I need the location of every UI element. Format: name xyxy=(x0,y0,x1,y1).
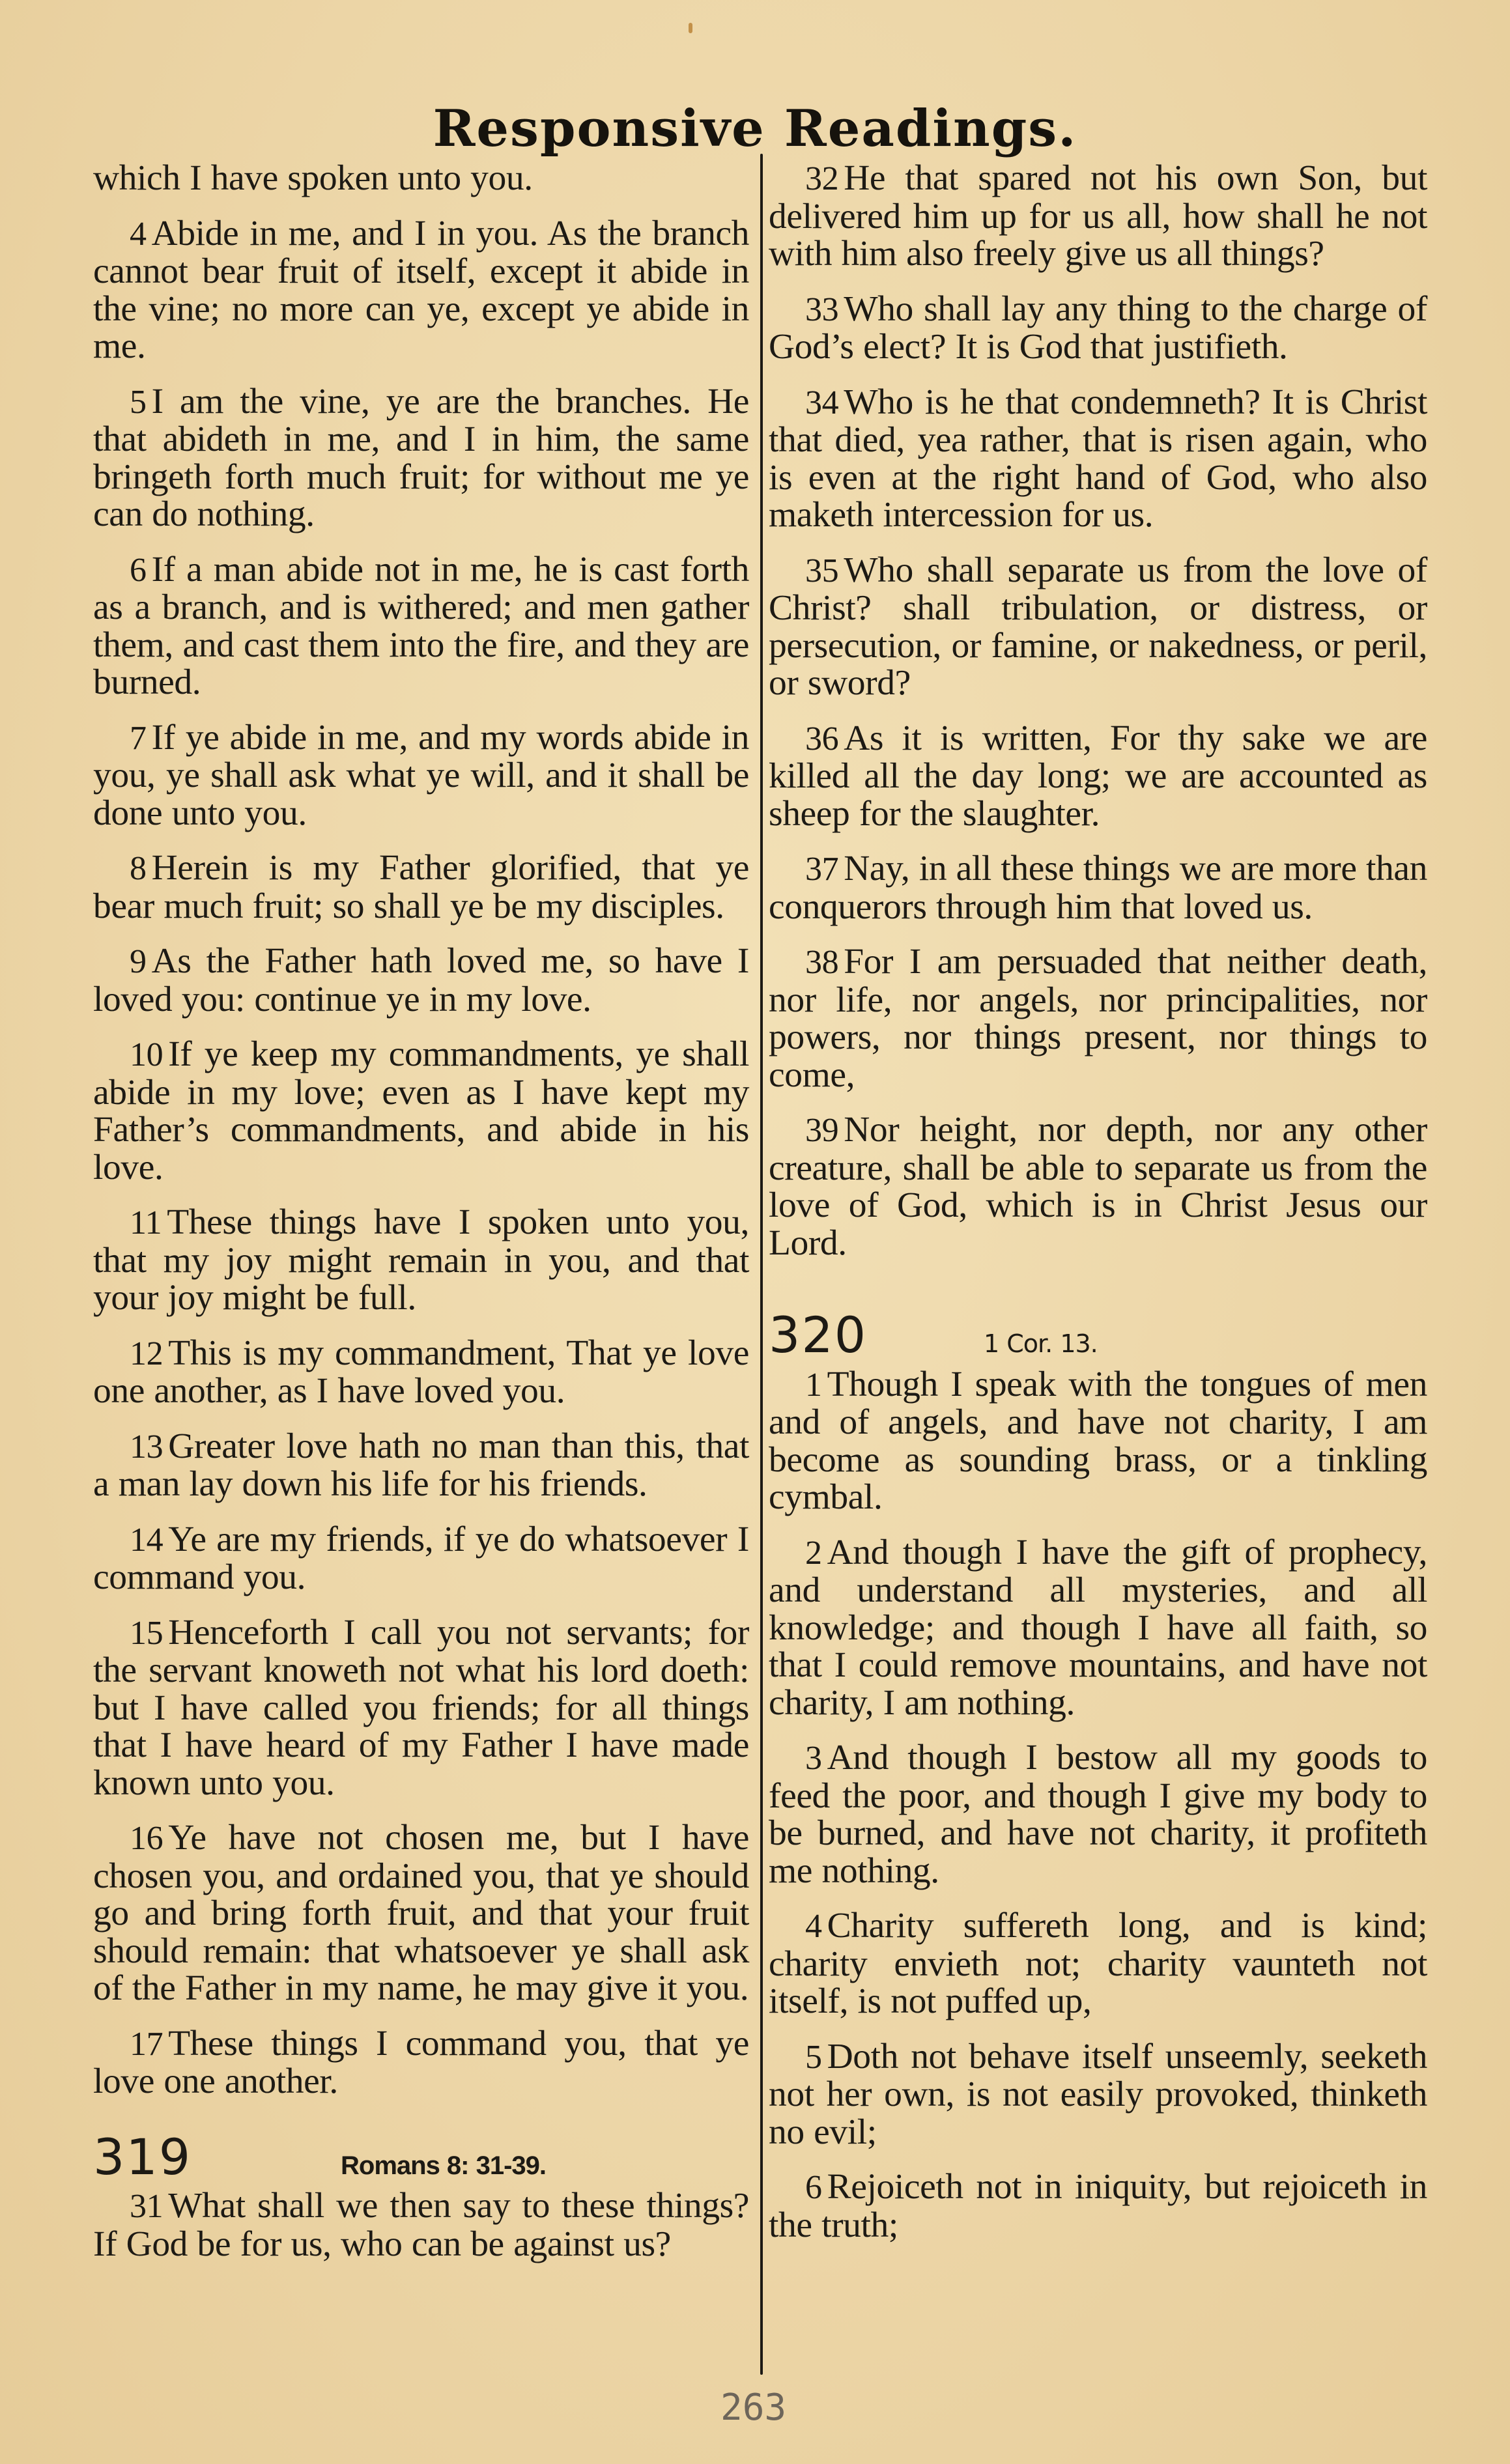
verse-text: Charity suffereth long, and is kind; cha… xyxy=(769,1906,1427,2021)
verse-text: These things I command you, that ye love… xyxy=(93,2024,749,2102)
verse-number: 4 xyxy=(805,1908,822,1945)
verse: 7If ye abide in me, and my words abide i… xyxy=(93,719,749,832)
verse-number: 10 xyxy=(130,1036,163,1073)
verse-text: Who is he that condemneth? It is Christ … xyxy=(769,382,1427,535)
verse-text: Ye are my friends, if ye do whatsoever I… xyxy=(93,1520,749,1598)
verse-number: 37 xyxy=(805,851,838,888)
verse: 1Though I speak with the tongues of men … xyxy=(769,1366,1427,1516)
verse-text: He that spared not his own Son, but deli… xyxy=(769,158,1427,274)
verse-number: 14 xyxy=(130,1522,163,1559)
verse: 35Who shall separate us from the love of… xyxy=(769,552,1427,702)
verse-number: 32 xyxy=(805,160,838,197)
verse: 39Nor height, nor depth, nor any other c… xyxy=(769,1111,1427,1262)
verse-text: This is my commandment, That ye love one… xyxy=(93,1333,749,1411)
verse-text: These things have I spoken unto you, tha… xyxy=(93,1202,749,1318)
verse-text: Greater love hath no man than this, that… xyxy=(93,1426,749,1505)
verse-number: 4 xyxy=(130,216,147,253)
reading-number: 320 xyxy=(769,1312,984,1358)
verse-continuation: which I have spoken unto you. xyxy=(93,160,749,197)
verse-text: Nor height, nor depth, nor any other cre… xyxy=(769,1110,1427,1263)
verse-number: 6 xyxy=(130,552,147,589)
verse: 5I am the vine, ye are the branches. He … xyxy=(93,383,749,533)
page-number: 263 xyxy=(720,2386,786,2429)
verse: 37Nay, in all these things we are more t… xyxy=(769,850,1427,926)
verse-text: As the Father hath loved me, so have I l… xyxy=(93,941,749,1019)
verse-number: 8 xyxy=(130,850,147,887)
verse-number: 12 xyxy=(130,1335,163,1372)
verse-text: Nay, in all these things we are more tha… xyxy=(769,849,1427,927)
verse-text: Abide in me, and I in you. As the branch… xyxy=(93,214,749,367)
verse-number: 5 xyxy=(805,2039,822,2076)
verse: 33Who shall lay any thing to the charge … xyxy=(769,290,1427,366)
verse-number: 1 xyxy=(805,1367,822,1404)
verse-text: What shall we then say to these things? … xyxy=(93,2186,749,2264)
verse-number: 35 xyxy=(805,552,838,589)
verse-number: 36 xyxy=(805,720,838,758)
verse: 32He that spared not his own Son, but de… xyxy=(769,160,1427,273)
verse-number: 39 xyxy=(805,1112,838,1149)
verse-number: 7 xyxy=(130,720,147,757)
verse: 4Charity suffereth long, and is kind; ch… xyxy=(769,1907,1427,2020)
verse: 6If a man abide not in me, he is cast fo… xyxy=(93,551,749,701)
page-title: Responsive Readings. xyxy=(0,99,1510,158)
verse-number: 31 xyxy=(130,2188,163,2225)
reading-319-verses-continued: 32He that spared not his own Son, but de… xyxy=(769,160,1427,1262)
verse-number: 11 xyxy=(130,1204,162,1241)
scripture-reference: Romans 8: 31-39. xyxy=(341,2147,546,2185)
verse: 12This is my commandment, That ye love o… xyxy=(93,1335,749,1410)
verse-text: Doth not behave itself unseemly, seeketh… xyxy=(769,2037,1427,2152)
verse-text: Who shall separate us from the love of C… xyxy=(769,550,1427,703)
verse-number: 38 xyxy=(805,944,838,981)
verse: 36As it is written, For thy sake we are … xyxy=(769,720,1427,833)
verse: 31What shall we then say to these things… xyxy=(93,2187,749,2263)
verse-number: 13 xyxy=(130,1428,163,1466)
verse-text: Though I speak with the tongues of men a… xyxy=(769,1365,1427,1518)
verse: 8Herein is my Father glorified, that ye … xyxy=(93,849,749,925)
verse: 14Ye are my friends, if ye do whatsoever… xyxy=(93,1521,749,1596)
verse: 16Ye have not chosen me, but I have chos… xyxy=(93,1819,749,2007)
verse-number: 9 xyxy=(130,943,147,980)
verse-text: I am the vine, ye are the branches. He t… xyxy=(93,382,749,535)
verse: 6Rejoiceth not in iniquity, but rejoicet… xyxy=(769,2168,1427,2244)
verse: 5Doth not behave itself unseemly, seeket… xyxy=(769,2038,1427,2151)
verse-number: 5 xyxy=(130,384,147,421)
verse-number: 17 xyxy=(130,2026,163,2063)
scripture-reference: 1 Cor. 13. xyxy=(984,1325,1098,1363)
reading-header-319: 319 Romans 8: 31-39. xyxy=(93,2134,749,2185)
verse-text: And though I have the gift of prophecy, … xyxy=(769,1533,1427,1723)
reading-header-320: 320 1 Cor. 13. xyxy=(769,1312,1427,1363)
verse-text: If ye abide in me, and my words abide in… xyxy=(93,718,749,833)
verse: 4Abide in me, and I in you. As the branc… xyxy=(93,215,749,365)
verse: 11These things have I spoken unto you, t… xyxy=(93,1204,749,1317)
verse: 10If ye keep my commandments, ye shall a… xyxy=(93,1036,749,1186)
verse: 34Who is he that condemneth? It is Chris… xyxy=(769,384,1427,534)
left-column: which I have spoken unto you. 4Abide in … xyxy=(93,160,749,2280)
verse-text: Who shall lay any thing to the charge of… xyxy=(769,289,1427,367)
verse: 9As the Father hath loved me, so have I … xyxy=(93,942,749,1018)
verse: 17These things I command you, that ye lo… xyxy=(93,2025,749,2101)
verse-text: Henceforth I call you not servants; for … xyxy=(93,1613,749,1803)
verse: 13Greater love hath no man than this, th… xyxy=(93,1428,749,1503)
reading-number: 319 xyxy=(93,2134,341,2180)
paper-speck xyxy=(689,23,692,33)
verse-number: 15 xyxy=(130,1615,163,1652)
verse-number: 34 xyxy=(805,384,838,421)
verse: 3And though I bestow all my goods to fee… xyxy=(769,1739,1427,1890)
reading-318-verses: 4Abide in me, and I in you. As the branc… xyxy=(93,215,749,2101)
verse-number: 6 xyxy=(805,2169,822,2206)
verse-number: 16 xyxy=(130,1820,163,1857)
verse-text: If ye keep my commandments, ye shall abi… xyxy=(93,1034,749,1187)
verse-text: For I am persuaded that neither death, n… xyxy=(769,942,1427,1095)
column-divider xyxy=(760,154,763,2375)
reading-320-verses: 1Though I speak with the tongues of men … xyxy=(769,1366,1427,2245)
verse-text: Herein is my Father glorified, that ye b… xyxy=(93,848,749,926)
verse: 38For I am persuaded that neither death,… xyxy=(769,943,1427,1094)
verse-text: And though I bestow all my goods to feed… xyxy=(769,1738,1427,1891)
verse: 15Henceforth I call you not servants; fo… xyxy=(93,1614,749,1802)
verse-number: 33 xyxy=(805,291,838,328)
verse: 2And though I have the gift of prophecy,… xyxy=(769,1534,1427,1722)
verse-text: Rejoiceth not in iniquity, but rejoiceth… xyxy=(769,2167,1427,2245)
verse-number: 3 xyxy=(805,1740,822,1777)
reading-319-verses: 31What shall we then say to these things… xyxy=(93,2187,749,2263)
right-column: 32He that spared not his own Son, but de… xyxy=(769,160,1427,2261)
verse-text: If a man abide not in me, he is cast for… xyxy=(93,550,749,703)
verse-text: Ye have not chosen me, but I have chosen… xyxy=(93,1818,749,2008)
verse-number: 2 xyxy=(805,1535,822,1572)
verse-text: As it is written, For thy sake we are ki… xyxy=(769,718,1427,834)
